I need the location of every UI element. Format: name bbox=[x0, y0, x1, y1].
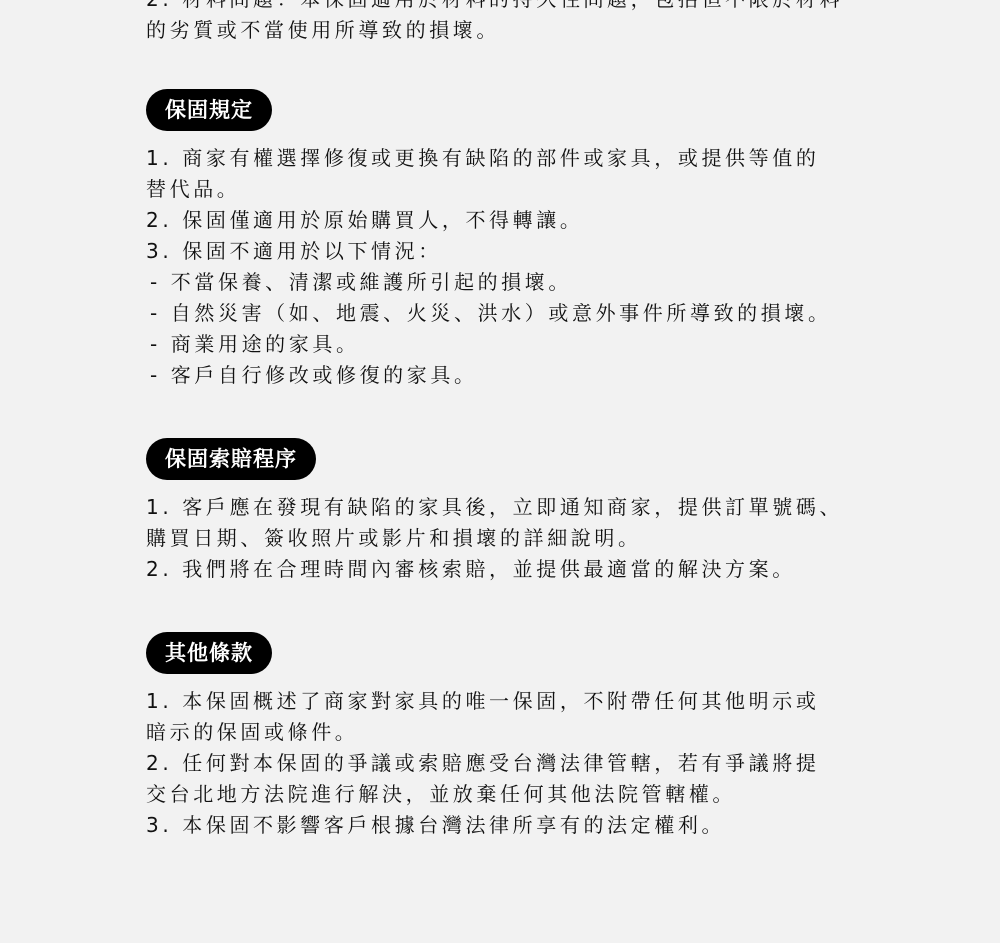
section-other-terms: 其他條款 1. 本保固概述了商家對家具的唯一保固，不附帶任何其他明示或 暗示的保… bbox=[146, 632, 846, 841]
list-item: 交台北地方法院進行解決，並放棄任何其他法院管轄權。 bbox=[146, 779, 846, 810]
section-title-badge: 保固規定 bbox=[146, 89, 272, 131]
list-item: 3. 本保固不影響客戶根據台灣法律所享有的法定權利。 bbox=[146, 810, 846, 841]
list-item: 2. 我們將在合理時間內審核索賠，並提供最適當的解決方案。 bbox=[146, 554, 846, 585]
list-item: 3. 保固不適用於以下情況： bbox=[146, 236, 846, 267]
section-title-badge: 其他條款 bbox=[146, 632, 272, 674]
list-item: 1. 客戶應在發現有缺陷的家具後，立即通知商家，提供訂單號碼、 bbox=[146, 492, 846, 523]
section-body: 1. 本保固概述了商家對家具的唯一保固，不附帶任何其他明示或 暗示的保固或條件。… bbox=[146, 686, 846, 841]
sub-list-item: - 不當保養、清潔或維護所引起的損壞。 bbox=[146, 267, 846, 298]
section-claim-procedure: 保固索賠程序 1. 客戶應在發現有缺陷的家具後，立即通知商家，提供訂單號碼、 購… bbox=[146, 438, 846, 585]
sub-list-item: - 客戶自行修改或修復的家具。 bbox=[146, 360, 846, 391]
list-item: 替代品。 bbox=[146, 174, 846, 205]
list-item: 暗示的保固或條件。 bbox=[146, 717, 846, 748]
intro-paragraph: 2. 材料問題：本保固適用於材料的持久性問題，包括但不限於材料 的劣質或不當使用… bbox=[146, 0, 846, 46]
section-body: 1. 商家有權選擇修復或更換有缺陷的部件或家具，或提供等值的 替代品。 2. 保… bbox=[146, 143, 846, 391]
sub-list-item: - 自然災害（如、地震、火災、洪水）或意外事件所導致的損壞。 bbox=[146, 298, 846, 329]
list-item: 2. 保固僅適用於原始購買人，不得轉讓。 bbox=[146, 205, 846, 236]
intro-line: 2. 材料問題：本保固適用於材料的持久性問題，包括但不限於材料 bbox=[146, 0, 846, 15]
sub-list-item: - 商業用途的家具。 bbox=[146, 329, 846, 360]
intro-line: 的劣質或不當使用所導致的損壞。 bbox=[146, 15, 846, 46]
section-warranty-terms: 保固規定 1. 商家有權選擇修復或更換有缺陷的部件或家具，或提供等值的 替代品。… bbox=[146, 89, 846, 391]
section-title-badge: 保固索賠程序 bbox=[146, 438, 316, 480]
list-item: 2. 任何對本保固的爭議或索賠應受台灣法律管轄，若有爭議將提 bbox=[146, 748, 846, 779]
list-item: 1. 本保固概述了商家對家具的唯一保固，不附帶任何其他明示或 bbox=[146, 686, 846, 717]
list-item: 購買日期、簽收照片或影片和損壞的詳細說明。 bbox=[146, 523, 846, 554]
intro-text: 2. 材料問題：本保固適用於材料的持久性問題，包括但不限於材料 的劣質或不當使用… bbox=[146, 0, 846, 46]
section-body: 1. 客戶應在發現有缺陷的家具後，立即通知商家，提供訂單號碼、 購買日期、簽收照… bbox=[146, 492, 846, 585]
list-item: 1. 商家有權選擇修復或更換有缺陷的部件或家具，或提供等值的 bbox=[146, 143, 846, 174]
